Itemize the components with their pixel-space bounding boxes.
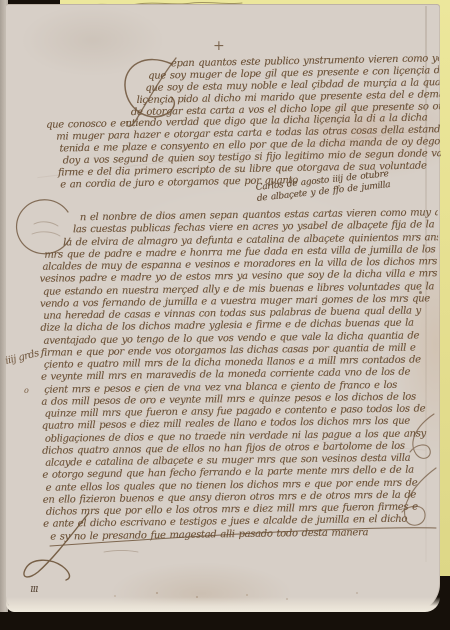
right-margin-swash-icon bbox=[402, 410, 438, 466]
paragraph-two: n el nonbre de dios amen sepan quantos e… bbox=[36, 207, 443, 543]
stain-speckles bbox=[156, 592, 158, 594]
marginal-submark: o bbox=[24, 386, 29, 395]
folio-mark: ııı bbox=[30, 582, 38, 595]
page-bottom-edge bbox=[6, 597, 440, 612]
manuscript-scan: + epan quantos este publico ynstrumento … bbox=[0, 0, 450, 630]
invocation-cross: + bbox=[213, 38, 225, 54]
rubric-flourish-icon bbox=[16, 512, 440, 590]
